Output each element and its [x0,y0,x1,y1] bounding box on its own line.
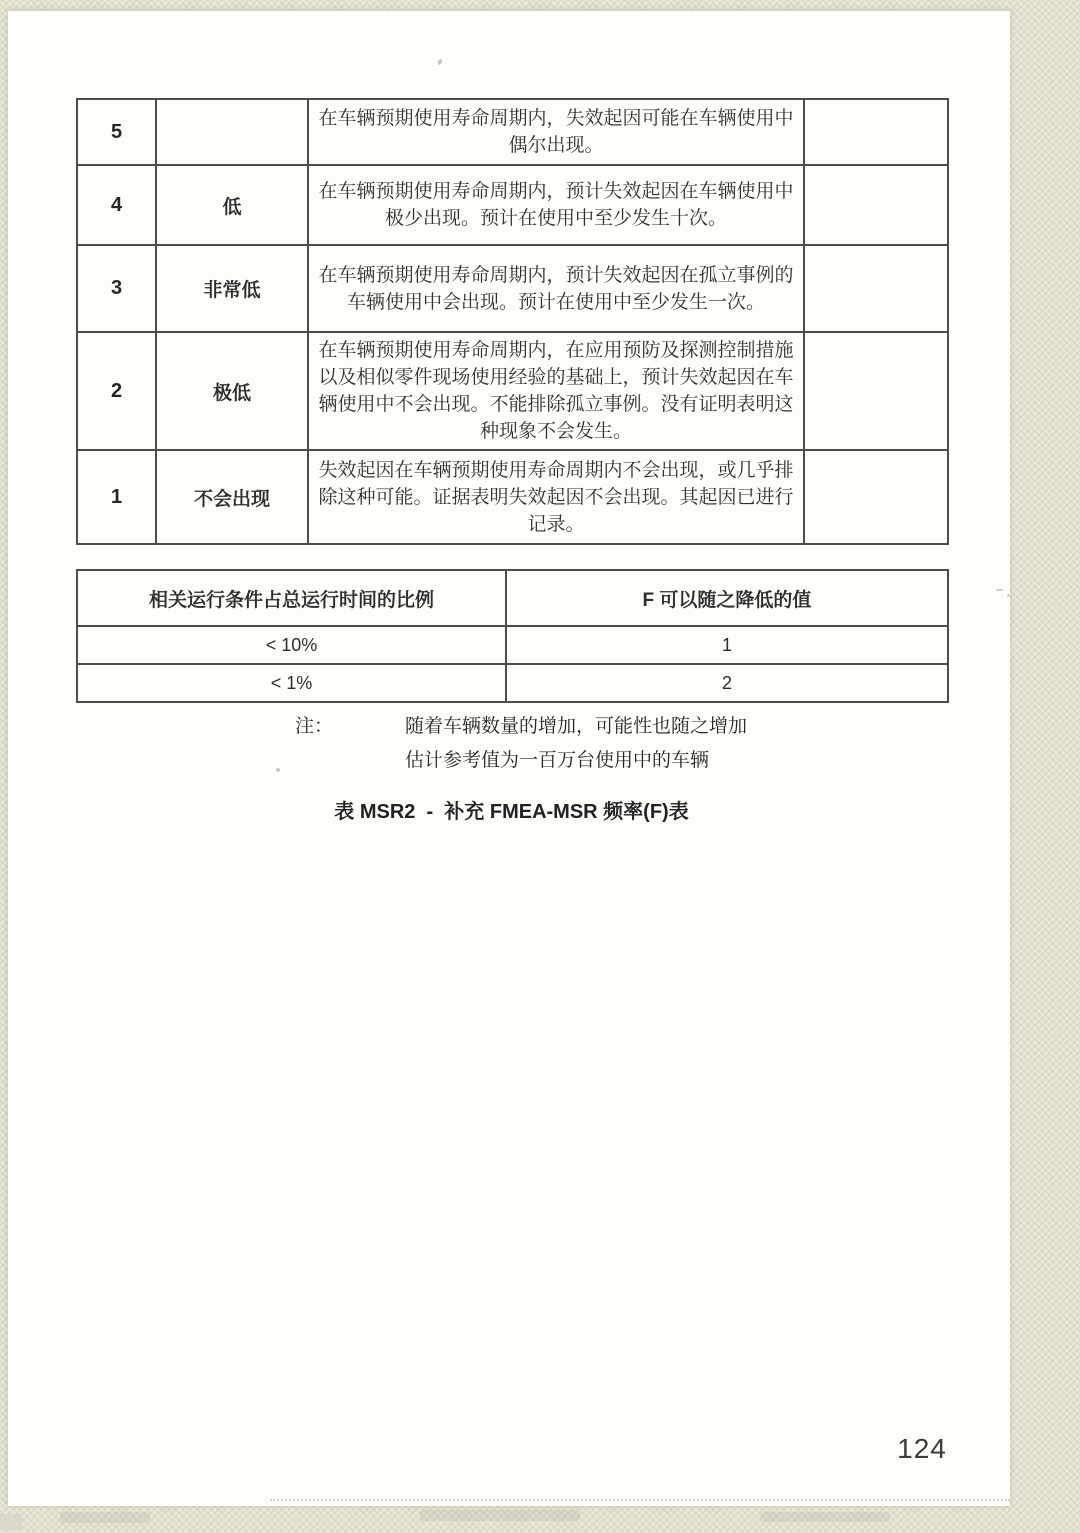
table-header-row: 相关运行条件占总运行时间的比例 F 可以随之降低的值 [77,570,948,626]
scan-edge-patch [760,1512,890,1522]
description-cell: 在车辆预期使用寿命周期内，预计失效起因在孤立事例的车辆使用中会出现。预计在使用中… [308,245,804,332]
table-row: < 1% 2 [77,664,948,702]
empty-cell [804,332,948,450]
empty-cell [804,165,948,245]
description-cell: 在车辆预期使用寿命周期内，在应用预防及探测控制措施以及相似零件现场使用经验的基础… [308,332,804,450]
header-cell-condition: 相关运行条件占总运行时间的比例 [77,570,506,626]
note-label: 注： [295,711,333,738]
label-cell: 不会出现 [156,450,308,544]
scan-canvas: 5 在车辆预期使用寿命周期内，失效起因可能在车辆使用中偶尔出现。 4 低 在车辆… [0,0,1080,1533]
table-row: 3 非常低 在车辆预期使用寿命周期内，预计失效起因在孤立事例的车辆使用中会出现。… [77,245,948,332]
scan-speck [1007,594,1010,597]
page-number: 124 [880,1433,964,1465]
scan-speck [437,58,443,65]
note-line: 估计参考值为一百万台使用中的车辆 [405,745,709,772]
scan-edge-patch [60,1512,150,1523]
f-value-cell: 2 [506,664,948,702]
label-cell: 非常低 [156,245,308,332]
description-cell: 失效起因在车辆预期使用寿命周期内不会出现，或几乎排除这种可能。证据表明失效起因不… [308,450,804,544]
table-row: 4 低 在车辆预期使用寿命周期内，预计失效起因在车辆使用中极少出现。预计在使用中… [77,165,948,245]
empty-cell [804,450,948,544]
scan-speck [276,768,280,772]
scan-corner-artifact [0,1514,22,1530]
f-value-cell: 1 [506,626,948,664]
table-row: 5 在车辆预期使用寿命周期内，失效起因可能在车辆使用中偶尔出现。 [77,99,948,165]
frequency-rating-table: 5 在车辆预期使用寿命周期内，失效起因可能在车辆使用中偶尔出现。 4 低 在车辆… [76,98,949,545]
empty-cell [804,245,948,332]
label-cell [156,99,308,165]
table-row: 1 不会出现 失效起因在车辆预期使用寿命周期内不会出现，或几乎排除这种可能。证据… [77,450,948,544]
scan-edge-patch [420,1510,580,1521]
label-cell: 极低 [156,332,308,450]
scan-speck [996,589,1003,591]
table-row: 2 极低 在车辆预期使用寿命周期内，在应用预防及探测控制措施以及相似零件现场使用… [77,332,948,450]
condition-cell: < 10% [77,626,506,664]
empty-cell [804,99,948,165]
header-cell-f-value: F 可以随之降低的值 [506,570,948,626]
rank-cell: 4 [77,165,156,245]
scanned-page: 5 在车辆预期使用寿命周期内，失效起因可能在车辆使用中偶尔出现。 4 低 在车辆… [8,10,1010,1506]
description-cell: 在车辆预期使用寿命周期内，预计失效起因在车辆使用中极少出现。预计在使用中至少发生… [308,165,804,245]
rank-cell: 5 [77,99,156,165]
rank-cell: 1 [77,450,156,544]
f-reduction-table: 相关运行条件占总运行时间的比例 F 可以随之降低的值 < 10% 1 < 1% … [76,569,949,703]
table-caption: 表 MSR2 - 补充 FMEA-MSR 频率(F)表 [76,795,947,824]
note-line: 随着车辆数量的增加，可能性也随之增加 [405,711,747,738]
description-cell: 在车辆预期使用寿命周期内，失效起因可能在车辆使用中偶尔出现。 [308,99,804,165]
table-row: < 10% 1 [77,626,948,664]
scan-edge-dots [270,1499,1010,1501]
condition-cell: < 1% [77,664,506,702]
rank-cell: 3 [77,245,156,332]
label-cell: 低 [156,165,308,245]
rank-cell: 2 [77,332,156,450]
